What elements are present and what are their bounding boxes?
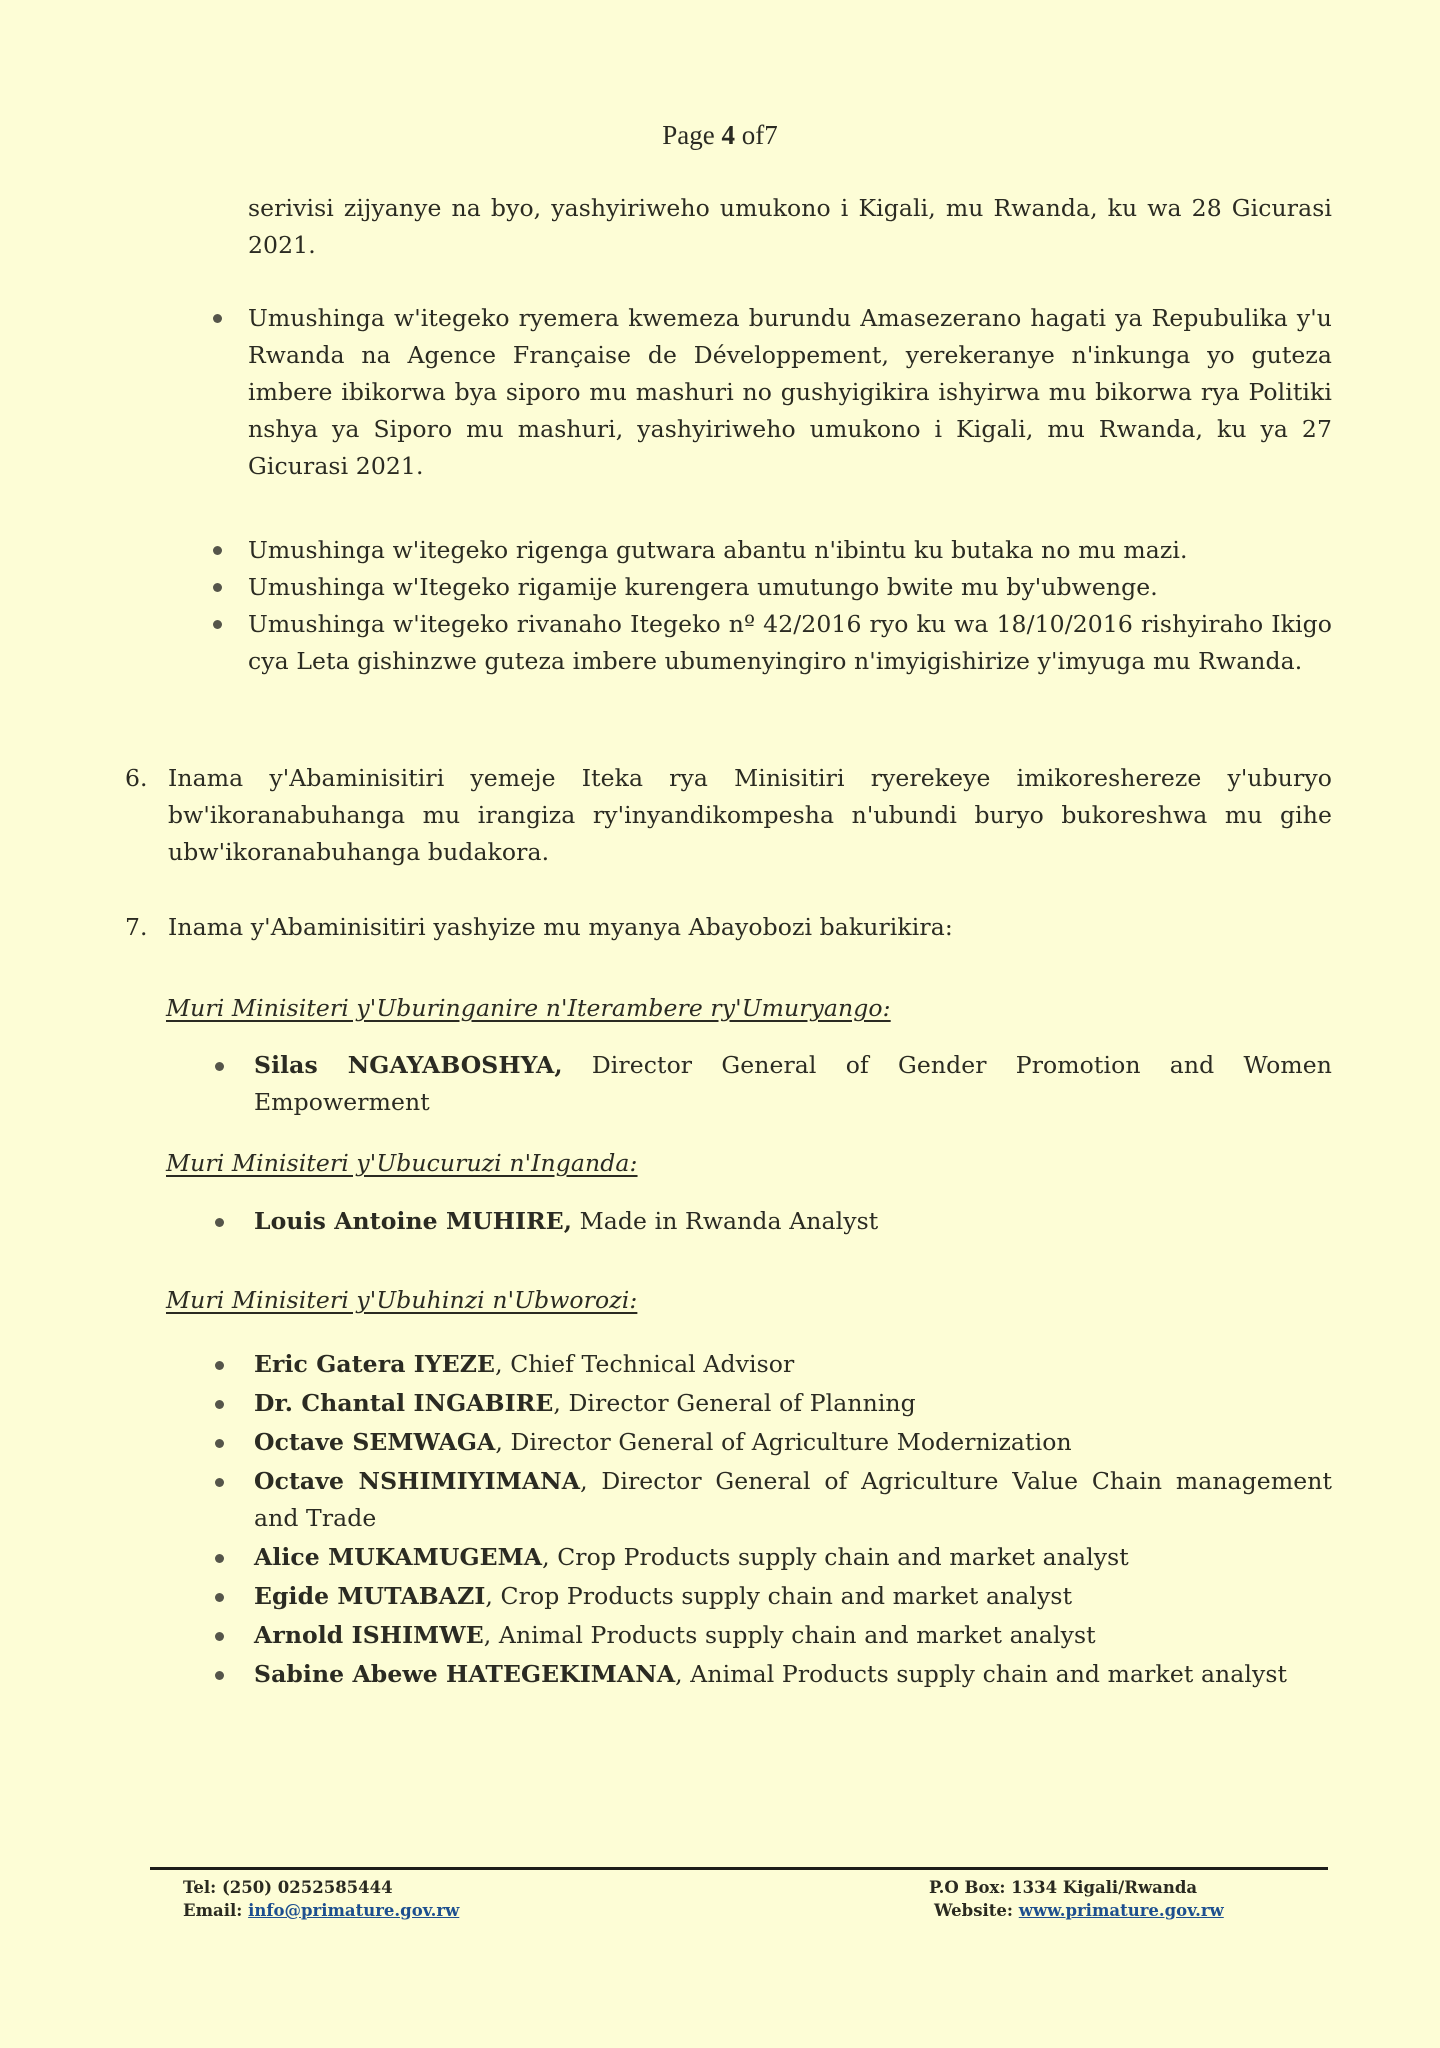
footer-pobox: P.O Box: 1334 Kigali/Rwanda [929,1876,1224,1899]
appointee: Dr. Chantal INGABIRE, Director General o… [215,1385,1332,1422]
appointee: Alice MUKAMUGEMA, Crop Products supply c… [215,1539,1332,1576]
list-item: Umushinga w'itegeko rivanaho Itegeko nº … [210,606,1332,680]
appointee: Silas NGAYABOSHYA, Director General of G… [215,1047,1332,1121]
bullet-icon [215,1062,224,1071]
numbered-item-7: 7. Inama y'Abaminisitiri yashyize mu mya… [125,909,1332,946]
list-item: Umushinga w'Itegeko rigamije kurengera u… [210,569,1332,606]
appointee-name: Sabine Abewe HATEGEKIMANA [254,1660,675,1688]
list-item-text: Umushinga w'itegeko ryemera kwemeza buru… [248,304,1332,480]
appointee-role: , Director General of Agriculture Modern… [495,1428,1071,1456]
appointee-role: Made in Rwanda Analyst [572,1207,878,1235]
footer-divider [150,1867,1328,1870]
appointee-name: Alice MUKAMUGEMA [254,1543,542,1571]
footer-tel: Tel: (250) 0252585444 [183,1876,459,1899]
appointee: Octave NSHIMIYIMANA, Director General of… [215,1463,1332,1537]
appointee-role: , Animal Products supply chain and marke… [675,1660,1287,1688]
list-item-text: Umushinga w'Itegeko rigamije kurengera u… [248,573,1158,601]
footer-email-row: Email: info@primature.gov.rw [183,1899,459,1922]
appointee: Sabine Abewe HATEGEKIMANA, Animal Produc… [215,1656,1332,1693]
website-link[interactable]: www.primature.gov.rw [1019,1901,1224,1920]
appointee-role: , Chief Technical Advisor [495,1350,794,1378]
item-text: Inama y'Abaminisitiri yashyize mu myanya… [168,909,1332,946]
ministry-heading-trade: Muri Minisiteri y'Ubucuruzi n'Inganda: [166,1145,638,1182]
list-item: Umushinga w'itegeko ryemera kwemeza buru… [210,300,1332,485]
appointee-name: Octave SEMWAGA [254,1428,495,1456]
footer-website-row: Website: www.primature.gov.rw [934,1899,1224,1922]
footer-address: P.O Box: 1334 Kigali/Rwanda Website: www… [929,1876,1224,1922]
appointee-list-agriculture: Eric Gatera IYEZE, Chief Technical Advis… [215,1346,1332,1695]
bullet-icon [215,1671,224,1680]
appointee-name: Eric Gatera IYEZE [254,1350,495,1378]
bullet-icon [213,314,222,323]
page-of: of [742,120,765,150]
continuation-paragraph: serivisi zijyanye na byo, yashyiriweho u… [248,190,1332,264]
footer-website-label: Website: [934,1901,1013,1920]
appointee: Octave SEMWAGA, Director General of Agri… [215,1424,1332,1461]
page-current: 4 [721,120,735,150]
bullet-icon [215,1218,224,1227]
bullet-icon [215,1554,224,1563]
appointee-name: Octave NSHIMIYIMANA [254,1467,580,1495]
footer-contact: Tel: (250) 0252585444 Email: info@primat… [183,1876,459,1922]
bullet-icon [215,1361,224,1370]
page-prefix: Page [662,120,714,150]
page-total: 7 [764,120,778,150]
bullet-icon [215,1478,224,1487]
bill-list-2: Umushinga w'itegeko rigenga gutwara aban… [210,532,1332,680]
ministry-heading-gender: Muri Minisiteri y'Uburinganire n'Iteramb… [166,990,891,1027]
email-link[interactable]: info@primature.gov.rw [248,1901,459,1920]
appointee-list-trade: Louis Antoine MUHIRE, Made in Rwanda Ana… [215,1203,1332,1240]
item-number: 6. [125,760,148,797]
appointee-name: Egide MUTABAZI [254,1582,485,1610]
page-number: Page 4 of7 [0,120,1440,151]
list-item-text: Umushinga w'itegeko rivanaho Itegeko nº … [248,610,1332,675]
item-number: 7. [125,909,148,946]
appointee-role: , Director General of Planning [553,1389,915,1417]
appointee-name: Dr. Chantal INGABIRE [254,1389,553,1417]
appointee-role: , Crop Products supply chain and market … [485,1582,1072,1610]
appointee-list-gender: Silas NGAYABOSHYA, Director General of G… [215,1047,1332,1121]
appointee-name: Arnold ISHIMWE [254,1621,484,1649]
item-text: Inama y'Abaminisitiri yemeje Iteka rya M… [168,760,1332,871]
appointee-role: , Crop Products supply chain and market … [542,1543,1129,1571]
appointee: Eric Gatera IYEZE, Chief Technical Advis… [215,1346,1332,1383]
bullet-icon [215,1400,224,1409]
list-item: Umushinga w'itegeko rigenga gutwara aban… [210,532,1332,569]
appointee: Louis Antoine MUHIRE, Made in Rwanda Ana… [215,1203,1332,1240]
appointee-role: , Animal Products supply chain and marke… [484,1621,1096,1649]
appointee-name: Louis Antoine MUHIRE, [254,1207,572,1235]
bullet-icon [213,583,222,592]
footer-email-label: Email: [183,1901,242,1920]
bullet-icon [215,1439,224,1448]
ministry-heading-agriculture: Muri Minisiteri y'Ubuhinzi n'Ubworozi: [166,1282,637,1319]
appointee: Arnold ISHIMWE, Animal Products supply c… [215,1617,1332,1654]
bullet-icon [215,1593,224,1602]
list-item-text: Umushinga w'itegeko rigenga gutwara aban… [248,536,1188,564]
appointee-name: Silas NGAYABOSHYA, [254,1051,563,1079]
appointee: Egide MUTABAZI, Crop Products supply cha… [215,1578,1332,1615]
bill-list-1: Umushinga w'itegeko ryemera kwemeza buru… [210,300,1332,485]
bullet-icon [213,620,222,629]
bullet-icon [215,1632,224,1641]
numbered-item-6: 6. Inama y'Abaminisitiri yemeje Iteka ry… [125,760,1332,871]
bullet-icon [213,546,222,555]
